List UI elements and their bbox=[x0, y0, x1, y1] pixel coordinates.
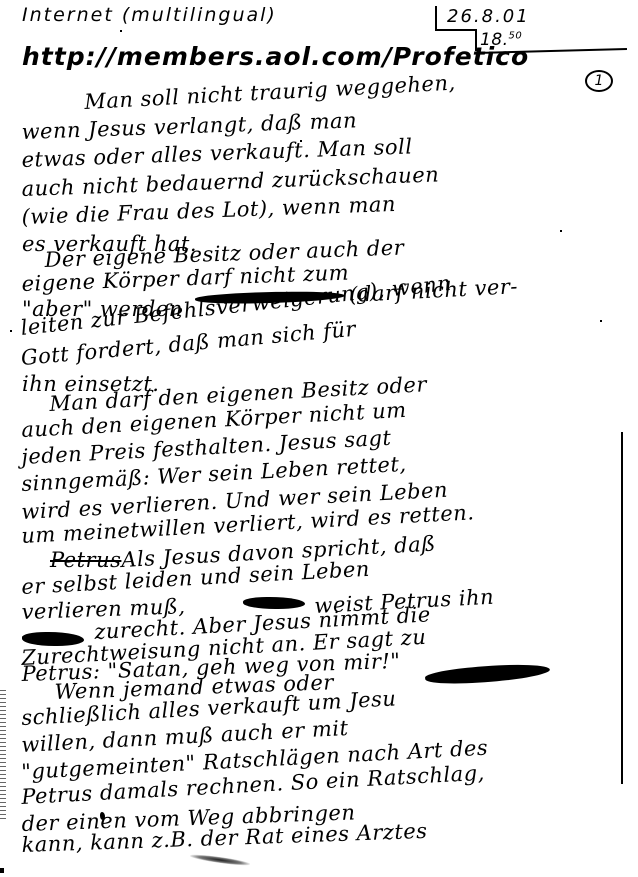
scan-speck bbox=[120, 30, 122, 32]
time-stamp: 18.50 bbox=[480, 30, 522, 50]
header-url: http://members.aol.com/Profetico bbox=[22, 42, 529, 71]
header-title: Internet (multilingual) bbox=[22, 4, 277, 26]
crossed-out-word bbox=[425, 661, 551, 688]
date-bracket-left bbox=[435, 6, 437, 30]
struck-text: Petrus bbox=[50, 548, 121, 572]
time-hour: 18. bbox=[480, 30, 509, 50]
time-minutes: 50 bbox=[509, 30, 523, 41]
date-stamp: 26.8.01 bbox=[447, 6, 530, 27]
page-number-circle: 1 bbox=[585, 70, 613, 92]
scan-noise-left bbox=[0, 690, 6, 820]
time-bracket-left bbox=[475, 29, 477, 51]
scan-speck bbox=[560, 230, 562, 232]
scan-smudge bbox=[190, 853, 250, 867]
scanned-handwritten-page: Internet (multilingual) http://members.a… bbox=[0, 0, 638, 877]
scan-speck bbox=[0, 868, 4, 873]
scan-speck bbox=[10, 330, 12, 332]
text-line: Man soll nicht traurig weggehen, bbox=[84, 71, 456, 114]
ink-dot bbox=[100, 812, 105, 820]
date-bracket-bottom bbox=[435, 29, 475, 31]
scan-speck bbox=[600, 320, 602, 322]
crossed-out-word bbox=[243, 597, 305, 609]
scan-edge-line bbox=[621, 432, 623, 784]
scan-speck bbox=[300, 140, 302, 142]
